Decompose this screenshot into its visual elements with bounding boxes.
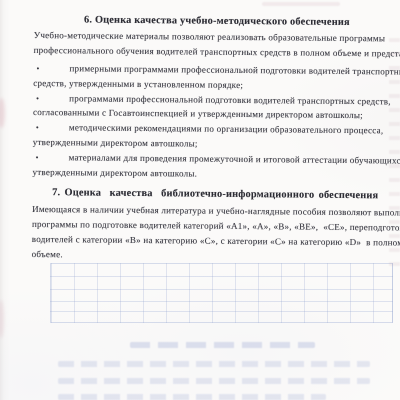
scan-smudge xyxy=(0,98,5,128)
section6-heading: 6. Оценка качества учебно-методического … xyxy=(34,13,400,30)
list-item: • материалами для проведения промежуточн… xyxy=(32,150,398,183)
scanned-document-page: 6. Оценка качества учебно-методического … xyxy=(0,0,400,400)
bullet-icon: • xyxy=(36,92,39,107)
bleedthrough-table-grid xyxy=(50,263,393,323)
list-item: • примерными программами профессионально… xyxy=(33,61,399,94)
bullet-icon: • xyxy=(36,62,39,77)
section7-heading: 7. Оценка качества библиотечно-информаци… xyxy=(32,186,398,203)
scan-smudge xyxy=(262,2,340,6)
list-item: • методическими рекомендациями по органи… xyxy=(33,120,399,153)
bleedthrough-heading-line xyxy=(130,342,315,348)
document-content: 6. Оценка качества учебно-методического … xyxy=(32,13,400,265)
bleedthrough-text-line xyxy=(58,378,370,384)
section6-intro-paragraph: Учебно-методические материалы позволяют … xyxy=(34,28,400,61)
scan-smudge xyxy=(0,300,4,338)
paragraph-line: профессионального обучения водителей тра… xyxy=(34,43,400,61)
section7: 7. Оценка качества библиотечно-информаци… xyxy=(32,186,399,265)
list-item: • программами профессиональной подготовк… xyxy=(33,91,399,124)
bleedthrough-text-line xyxy=(58,361,370,367)
bullet-icon: • xyxy=(36,121,39,136)
section6-bullet-list: • примерными программами профессионально… xyxy=(32,61,399,184)
section7-paragraph: Имеющаяся в наличии учебная литература и… xyxy=(32,202,399,265)
bleedthrough-text-line xyxy=(58,394,326,400)
bullet-icon: • xyxy=(36,151,39,166)
